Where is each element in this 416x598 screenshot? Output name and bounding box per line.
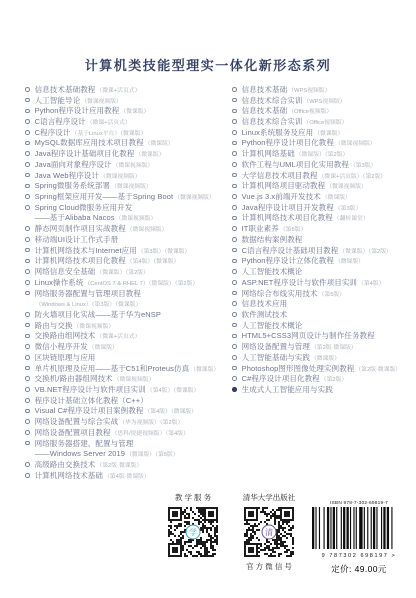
book-list-item: 计算机网络基础（微课版）（第2版）	[232, 148, 414, 159]
book-list-item: ASP.NET程序设计与软件项目实训（第4版）	[232, 277, 414, 288]
book-title: C语言程序设计	[35, 116, 86, 127]
book-title: 信息技术基础	[242, 84, 288, 95]
book-title: 计算机网络技术与Internet应用	[35, 245, 137, 256]
book-list-item: 人工智能技术概论	[232, 266, 414, 277]
book-title: Python程序设计应用教程	[35, 105, 120, 116]
book-title: 计算机网络技术基础	[35, 470, 103, 481]
book-title: 路由与交换	[35, 320, 73, 331]
book-title-continuation-row: ——Windows Server 2019（微课版）（第5版）	[25, 448, 232, 459]
circle-bullet-icon	[232, 248, 237, 253]
book-title: 微信小程序开发	[35, 341, 88, 352]
book-edition-note: （华为视频版）（第2版）	[119, 417, 183, 426]
book-list-item: 交换机/路由器组网技术（微课视频版）	[25, 373, 232, 384]
circle-bullet-icon	[25, 205, 30, 210]
circle-bullet-icon	[25, 323, 30, 328]
book-edition-note: （Windows & Linux）（第3版）（微课版）	[36, 299, 142, 308]
book-edition-note: （第2版·微课版）	[311, 342, 357, 351]
svg-text:学: 学	[189, 527, 197, 537]
circle-bullet-icon	[232, 291, 237, 296]
book-edition-note: （微课版）	[314, 128, 343, 137]
book-edition-note: （微课版）（第5版）	[126, 449, 179, 458]
book-edition-note: （微课+活页版）（第2版）	[319, 171, 386, 180]
book-edition-note: （第3版）	[350, 160, 376, 169]
book-list-item: Visual C#程序设计项目案例教程（第4版）（微课版）	[25, 406, 232, 417]
book-title: 静态网页制作项目实战教程	[35, 223, 126, 234]
book-list-item: 软件测试技术	[232, 309, 414, 320]
book-title: 单片机原理及应用——基于C51和Proteus仿真	[35, 363, 190, 374]
book-list-item: Spring框架应用开发——基于Spring Boot（微课视频版）	[25, 191, 232, 202]
book-edition-note: （第4版）（微课版）	[144, 406, 197, 415]
book-edition-note: （微课版）	[89, 342, 118, 351]
book-list-item: Vue.js 3.x前端开发技术（微课版）	[232, 191, 414, 202]
circle-bullet-icon	[25, 344, 30, 349]
book-list-item: 程序设计基础立体化教程（C++）	[25, 395, 232, 406]
book-title: MySQL数据库应用技术项目教程	[35, 137, 144, 148]
book-list-item: C语言程序设计基础项目教程（微课版）（第2版）	[232, 245, 414, 256]
book-edition-note: （第2版）	[321, 374, 347, 383]
book-title: 信息技术应用	[242, 298, 288, 309]
book-list-item: Python程序设计应用教程（微课版）	[25, 105, 232, 116]
circle-bullet-icon	[232, 376, 237, 381]
circle-bullet-icon	[232, 269, 237, 274]
book-edition-note: （微课视频版）	[113, 160, 154, 169]
book-edition-note: （微课+活页式）	[96, 85, 140, 94]
book-list-item: Python程序设计立体化教程（微课版）	[232, 256, 414, 267]
book-title: Spring微服务系统部署	[35, 180, 110, 191]
book-edition-note: （微课视频版）	[111, 181, 152, 190]
circle-bullet-icon	[25, 226, 30, 231]
book-list-item: 计算机网络技术与Internet应用（第3版）（微课版）	[25, 245, 232, 256]
book-title: Vue.js 3.x前端开发技术	[242, 191, 321, 202]
book-edition-note: （微课版）	[145, 138, 174, 147]
circle-bullet-icon	[232, 194, 237, 199]
press-name-label: 清华大学出版社	[228, 492, 310, 503]
book-title: 高级路由交换技术	[35, 459, 96, 470]
book-list-item: 网络设备配置与管理（第2版·微课版）	[232, 341, 414, 352]
circle-bullet-icon	[232, 237, 237, 242]
book-title: 信息技术综合实训	[242, 95, 303, 106]
book-list-right: 信息技术基础（WPS视频版）信息技术综合实训（WPS视频版）信息技术基础（Off…	[232, 84, 414, 481]
book-list-item: 信息技术基础教程（微课+活页式）	[25, 84, 232, 95]
book-title: ——基于Alibaba Nacos	[35, 212, 115, 223]
book-list-item: VB.NET程序设计与软件项目实训（第4版）（微课版）	[25, 384, 232, 395]
book-list-item: 区块链原理与应用	[25, 352, 232, 363]
book-list-item: Python程序设计项目化教程（微课视频版）	[232, 138, 414, 149]
circle-bullet-icon	[232, 301, 237, 306]
book-edition-note: （翻转课堂）	[334, 213, 369, 222]
official-wechat-label: 官 方 微 信 号	[228, 561, 310, 572]
book-list-item: 计算机网络技术基础（第4版·微课版）	[25, 470, 232, 481]
book-title: 网络综合布线实用技术	[242, 288, 318, 299]
isbn-barcode-block: ISBN 978-7-302-69819-7 9 787302 698197 >…	[306, 501, 412, 575]
book-back-cover: 计算机类技能型理实一体化新形态系列 信息技术基础教程（微课+活页式）人工智能导论…	[0, 0, 416, 598]
circle-bullet-icon	[25, 387, 30, 392]
circle-bullet-icon	[232, 334, 237, 339]
book-title: Java程序设计项目开发教程	[242, 202, 334, 213]
book-edition-note: （第3版）	[335, 203, 361, 212]
book-list-item: Spring Cloud微服务应用开发	[25, 202, 232, 213]
circle-bullet-icon	[232, 119, 237, 124]
circle-bullet-icon	[25, 259, 30, 264]
book-title: IT职业素养	[242, 223, 279, 234]
book-edition-note: （第5版）	[280, 224, 306, 233]
isbn-text: ISBN 978-7-302-69819-7	[306, 501, 412, 506]
book-edition-note: （微课视频版）	[335, 138, 376, 147]
book-edition-note: （微课版）（第2版）	[339, 246, 392, 255]
book-edition-note: （微课版）	[335, 256, 364, 265]
book-edition-note: （第4版）（微课版）	[147, 385, 200, 394]
book-list-item: 软件工程与UML项目化实用教程（第3版）	[232, 159, 414, 170]
price-text: 定价: 49.00元	[306, 563, 412, 575]
book-title: Java面向对象程序设计	[35, 159, 112, 170]
book-list-item: 防火墙项目化实战——基于华为eNSP	[25, 309, 232, 320]
book-edition-note: （Office视频版）	[303, 117, 347, 126]
circle-bullet-icon	[232, 109, 237, 114]
book-title: 网络设备配置项目教程	[35, 427, 111, 438]
book-edition-note: （CentOS 7 & RHEL 7）（微课版）（第2版）	[84, 278, 198, 287]
circle-bullet-icon	[232, 366, 237, 371]
book-list-item: Java Web程序设计（微课视频版）	[25, 170, 232, 181]
book-edition-note: （第3版）（微课版）	[138, 246, 191, 255]
book-list-item: 信息技术基础（Office视频版）	[232, 105, 414, 116]
book-list-item: Java程序设计基础项目化教程（微课版）	[25, 148, 232, 159]
circle-bullet-icon	[25, 334, 30, 339]
circle-bullet-icon	[232, 216, 237, 221]
book-edition-note: （第4版）（微课版）	[127, 256, 180, 265]
circle-bullet-icon	[25, 141, 30, 146]
circle-bullet-icon	[232, 184, 237, 189]
book-title: 信息技术基础	[242, 105, 288, 116]
book-title: 计算机网络技术项目化教程	[35, 255, 126, 266]
book-title: C#程序设计项目化教程	[242, 373, 320, 384]
book-list-item: 信息技术综合实训（Office视频版）	[232, 116, 414, 127]
book-title: Spring Cloud微服务应用开发	[35, 202, 133, 213]
circle-bullet-icon	[25, 87, 30, 92]
book-list-item: Java程序设计项目开发教程（第3版）	[232, 202, 414, 213]
book-title: 信息技术综合实训	[242, 116, 303, 127]
circle-bullet-icon	[232, 173, 237, 178]
book-list-item: Java面向对象程序设计（微课视频版）	[25, 159, 232, 170]
book-list-item: 静态网页制作项目实战教程（微课视频版）	[25, 223, 232, 234]
book-list-item: 信息技术基础（WPS视频版）	[232, 84, 414, 95]
book-edition-note: （微课版）（第2版）	[296, 149, 349, 158]
book-list-item: Photoshop图形图像处理实例教程（第2版·微课版）	[232, 363, 414, 374]
book-title: Python程序设计项目化教程	[242, 137, 334, 148]
circle-bullet-icon	[25, 119, 30, 124]
book-title: 数据结构案例教程	[242, 234, 303, 245]
book-edition-note: （第2版·微课版）	[96, 460, 142, 469]
circle-bullet-icon	[232, 226, 237, 231]
svg-text:清: 清	[265, 527, 273, 537]
book-title: Photoshop图形图像处理实例教程	[242, 363, 355, 374]
book-title: 信息技术基础教程	[35, 84, 96, 95]
book-list-item: 大学信息技术项目教程（微课+活页版）（第2版）	[232, 170, 414, 181]
book-list-item: 计算机网络技术项目化教程（第4版）（微课版）	[25, 256, 232, 267]
book-edition-note: （微课+活页式）	[87, 117, 131, 126]
book-list-item: Linux操作系统（CentOS 7 & RHEL 7）（微课版）（第2版）	[25, 277, 232, 288]
book-list-item: 计算机网络项目驱动教程（微课视频版）	[232, 180, 414, 191]
book-list-item: 微信小程序开发（微课版）	[25, 341, 232, 352]
circle-bullet-icon	[25, 312, 30, 317]
book-title: 大学信息技术项目教程	[242, 170, 318, 181]
book-list-item: 信息技术综合实训（WPS视频版）	[232, 95, 414, 106]
book-title: 计算机网络技术项目化教程	[242, 212, 333, 223]
book-title: 区块链原理与应用	[35, 352, 96, 363]
book-list-item: 人工智能技术概论	[232, 320, 414, 331]
circle-bullet-icon	[25, 366, 30, 371]
book-list-item: 网络信息安全基础（微课版）（第2版）	[25, 266, 232, 277]
book-title: ASP.NET程序设计与软件项目实训	[242, 277, 357, 288]
teaching-service-qr-code-icon: 学	[167, 506, 219, 558]
circle-bullet-icon	[25, 130, 30, 135]
book-title: 网络信息安全基础	[35, 266, 96, 277]
circle-bullet-icon	[25, 430, 30, 435]
barcode-digits: 9 787302 698197 >	[306, 553, 412, 559]
book-title: 人工智能基础与实践	[242, 352, 310, 363]
book-edition-note: （思科/锐捷视频版）（第4版）	[112, 428, 189, 437]
book-edition-note: （第5版）	[319, 289, 345, 298]
book-edition-note: （微课视频版）	[81, 96, 122, 105]
book-list-item: 移动端UI设计工作式手册	[25, 234, 232, 245]
circle-bullet-icon	[25, 151, 30, 156]
circle-bullet-icon	[232, 323, 237, 328]
circle-bullet-icon	[25, 269, 30, 274]
circle-bullet-icon	[232, 162, 237, 167]
circle-bullet-icon	[25, 98, 30, 103]
book-edition-note: （Office视频版）	[288, 106, 332, 115]
book-edition-note: （微课版）	[190, 364, 219, 373]
circle-bullet-icon	[232, 141, 237, 146]
book-title: Visual C#程序设计项目案例教程	[35, 405, 144, 416]
circle-bullet-icon	[232, 280, 237, 285]
circle-bullet-icon	[232, 205, 237, 210]
book-title: Python程序设计立体化教程	[242, 255, 334, 266]
book-list-item: C程序设计（基于Linux平台）（微课版）	[25, 127, 232, 138]
circle-bullet-icon	[232, 98, 237, 103]
book-list-item: 信息技术应用	[232, 298, 414, 309]
book-list-left: 信息技术基础教程（微课+活页式）人工智能导论（微课视频版）Python程序设计应…	[25, 84, 232, 481]
series-title: 计算机类技能型理实一体化新形态系列	[0, 55, 416, 74]
book-list-item: 路由与交换（微课视频版）	[25, 320, 232, 331]
book-list-item: C#程序设计项目化教程（第2版）	[232, 373, 414, 384]
book-title: 移动端UI设计工作式手册	[35, 234, 119, 245]
book-edition-note: （基于Linux平台）（微课版）	[72, 128, 147, 137]
book-list-item: 人工智能基础与实践（微课版）	[232, 352, 414, 363]
book-title: 人工智能技术概论	[242, 266, 303, 277]
book-lists: 信息技术基础教程（微课+活页式）人工智能导论（微课视频版）Python程序设计应…	[25, 84, 414, 481]
book-edition-note: （第4版·微课版）	[104, 471, 150, 480]
book-edition-note: （微课版）	[135, 149, 164, 158]
book-list-item: 网络综合布线实用技术（第5版）	[232, 288, 414, 299]
book-title: VB.NET程序设计与软件项目实训	[35, 384, 146, 395]
circle-bullet-icon	[25, 398, 30, 403]
book-edition-note: （第2版·微课版）	[355, 364, 401, 373]
circle-bullet-icon	[25, 473, 30, 478]
book-title: 网络设备配置与综合实战	[35, 416, 119, 427]
book-edition-note: （微课版）	[120, 106, 149, 115]
book-title: 交换机/路由器组网技术	[35, 373, 113, 384]
book-list-item: 网络设备配置项目教程（思科/锐捷视频版）（第4版）	[25, 427, 232, 438]
circle-bullet-icon	[25, 409, 30, 414]
circle-bullet-icon	[232, 259, 237, 264]
book-title: 人工智能技术概论	[242, 320, 303, 331]
circle-bullet-icon	[25, 109, 30, 114]
book-list-item: 人工智能导论（微课视频版）	[25, 95, 232, 106]
book-edition-note: （WPS视频版）	[303, 96, 345, 105]
book-edition-note: （微课版）	[322, 192, 351, 201]
book-edition-note: （第4版）	[358, 278, 384, 287]
circle-bullet-icon	[25, 419, 30, 424]
book-list-item: 生成式人工智能应用与实践	[232, 384, 414, 395]
book-title: Linux操作系统	[35, 277, 84, 288]
book-list-item: 交换路由组网技术（微课+活页式）	[25, 331, 232, 342]
circle-bullet-icon	[25, 280, 30, 285]
circle-bullet-icon	[232, 87, 237, 92]
circle-bullet-icon	[25, 184, 30, 189]
book-title: 网络设备配置与管理	[242, 341, 310, 352]
ean-barcode-icon	[306, 507, 412, 554]
circle-bullet-icon	[25, 441, 30, 446]
book-title: 软件工程与UML项目化实用教程	[242, 159, 349, 170]
book-edition-note: （微课视频版）	[100, 171, 141, 180]
book-title: 程序设计基础立体化教程（C++）	[35, 395, 148, 406]
book-title: 交换路由组网技术	[35, 330, 96, 341]
book-list-item: 网络设备配置与综合实战（华为视频版）（第2版）	[25, 416, 232, 427]
book-title: HTML5+CSS3网页设计与制作任务教程	[242, 330, 375, 341]
circle-bullet-icon	[232, 130, 237, 135]
book-list-item: C语言程序设计（微课+活页式）	[25, 116, 232, 127]
book-title: 生成式人工智能应用与实践	[242, 384, 333, 395]
circle-bullet-icon	[25, 237, 30, 242]
book-edition-note: （微课视频版）	[116, 213, 157, 222]
circle-bullet-icon	[25, 194, 30, 199]
book-edition-note: （微课版）（第2版）	[96, 267, 149, 276]
book-title: C程序设计	[35, 127, 71, 138]
book-list-item: 数据结构案例教程	[232, 234, 414, 245]
circle-bullet-icon	[232, 312, 237, 317]
circle-bullet-icon	[25, 355, 30, 360]
circle-bullet-icon	[25, 173, 30, 178]
book-edition-note: （微课视频版）	[326, 181, 367, 190]
book-list-item: 高级路由交换技术（第2版·微课版）	[25, 459, 232, 470]
circle-bullet-icon	[25, 462, 30, 467]
book-list-item: 网络服务器搭建、配置与管理	[25, 438, 232, 449]
filled-bullet-icon	[232, 387, 237, 392]
book-edition-note: （微课视频版）	[114, 374, 155, 383]
book-edition-note: （微课+活页式）	[96, 331, 140, 340]
book-title: Java程序设计基础项目化教程	[35, 148, 135, 159]
book-edition-note: （WPS视频版）	[288, 85, 330, 94]
book-edition-note: （微课视频版）	[74, 321, 115, 330]
circle-bullet-icon	[232, 151, 237, 156]
circle-bullet-icon	[25, 162, 30, 167]
book-title: Spring框架应用开发——基于Spring Boot	[35, 191, 174, 202]
book-title: 网络服务器配置与管理项目教程	[35, 288, 141, 299]
book-title-continuation-row: （Windows & Linux）（第3版）（微课版）	[25, 298, 232, 309]
qr-teaching-service-label: 教 学 服 务	[152, 492, 234, 503]
book-list-item: Spring微服务系统部署（微课视频版）	[25, 180, 232, 191]
circle-bullet-icon	[25, 291, 30, 296]
book-title: ——Windows Server 2019	[35, 449, 125, 458]
book-list-item: HTML5+CSS3网页设计与制作任务教程	[232, 331, 414, 342]
book-list-item: 计算机网络技术项目化教程（翻转课堂）	[232, 213, 414, 224]
book-edition-note: （微课视频版）	[174, 192, 215, 201]
book-title-continuation-row: ——基于Alibaba Nacos（微课视频版）	[25, 213, 232, 224]
circle-bullet-icon	[232, 355, 237, 360]
book-list-item: IT职业素养（第5版）	[232, 223, 414, 234]
circle-bullet-icon	[25, 248, 30, 253]
circle-bullet-icon	[232, 344, 237, 349]
book-list-item: MySQL数据库应用技术项目教程（微课版）	[25, 138, 232, 149]
official-wechat-qr-code-icon: 清	[243, 506, 295, 558]
book-list-item: Linux系统服务及应用（微课版）	[232, 127, 414, 138]
book-list-item: 网络服务器配置与管理项目教程	[25, 288, 232, 299]
circle-bullet-icon	[25, 376, 30, 381]
book-title: 计算机网络基础	[242, 148, 295, 159]
book-title: 计算机网络项目驱动教程	[242, 180, 326, 191]
book-list-item: 单片机原理及应用——基于C51和Proteus仿真（微课版）	[25, 363, 232, 374]
book-title: 人工智能导论	[35, 95, 81, 106]
book-edition-note: （微课版）	[311, 353, 340, 362]
book-title: 防火墙项目化实战——基于华为eNSP	[35, 309, 161, 320]
book-title: C语言程序设计基础项目教程	[242, 245, 339, 256]
book-edition-note: （微课视频版）	[127, 224, 168, 233]
book-title: 网络服务器搭建、配置与管理	[35, 438, 134, 449]
book-title: Linux系统服务及应用	[242, 127, 314, 138]
book-title: 软件测试技术	[242, 309, 288, 320]
book-title: Java Web程序设计	[35, 170, 99, 181]
